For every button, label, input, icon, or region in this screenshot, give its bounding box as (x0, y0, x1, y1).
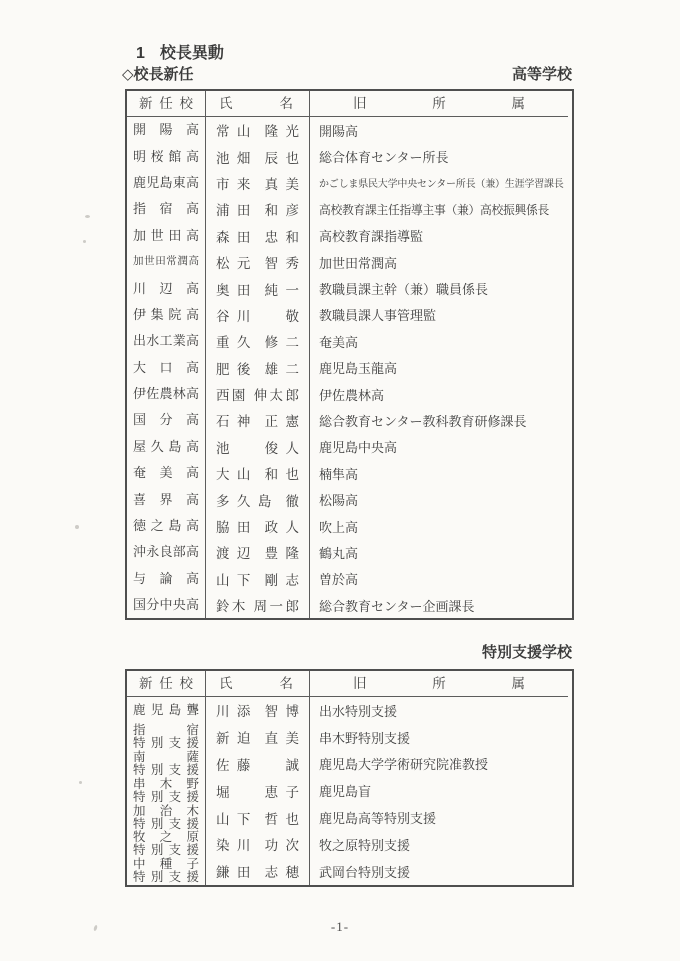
principal-name-cell: 鈴木周一郎 (205, 592, 309, 618)
surname: 脇田 (216, 516, 258, 536)
high-school-principal-table: 新任校 氏名 旧所属 開陽高常山隆光開陽高明桜館高池畑辰也総合体育センター所長鹿… (125, 89, 574, 620)
principal-name-cell: 新迫直美 (205, 724, 309, 751)
new-school-cell: 加世田常潤高 (127, 249, 205, 275)
former-affiliation-cell: 鶴丸高 (309, 539, 568, 565)
surname: 多久島 (216, 490, 279, 510)
surname: 渡辺 (216, 542, 258, 562)
former-affiliation-cell: 鹿児島中央高 (309, 434, 568, 460)
school-name: 加世田常潤高 (133, 255, 199, 269)
principal-name-cell: 浦田和彦 (205, 196, 309, 222)
new-school-cell: 出水工業高 (127, 328, 205, 354)
school-name-line: 特別支援 (133, 871, 199, 884)
surname: 浦田 (216, 199, 258, 219)
new-school-cell: 指宿高 (127, 196, 205, 222)
principal-name-cell: 堀恵子 (205, 777, 309, 804)
school-name: 伊集院高 (133, 308, 199, 322)
document-title: 1 校長異動 (136, 40, 224, 63)
former-affiliation-cell: 開陽高 (309, 117, 568, 143)
surname: 川添 (216, 700, 258, 720)
new-school-cell: 喜界高 (127, 486, 205, 512)
surname: 大山 (216, 463, 258, 483)
school-name: 明桜館高 (133, 150, 199, 164)
former-affiliation-cell: 総合教育センター企画課長 (309, 592, 568, 618)
given-name: 直美 (265, 727, 307, 747)
given-name: 敬 (285, 305, 306, 325)
former-affiliation-cell: 鹿児島高等特別支援 (309, 804, 568, 831)
school-name: 伊佐農林高 (133, 387, 199, 401)
school-name: 大口高 (133, 361, 199, 375)
surname: 肥後 (216, 358, 258, 378)
given-name: 和也 (265, 463, 307, 483)
new-school-cell: 沖永良部高 (127, 539, 205, 565)
former-affiliation-cell: 鹿児島大学学術研究院准教授 (309, 751, 568, 778)
principal-name-cell: 山下剛志 (205, 566, 309, 592)
surname: 池畑 (216, 147, 258, 167)
new-school-cell: 加世田高 (127, 223, 205, 249)
column-header-name: 氏名 (205, 671, 309, 697)
principal-name-cell: 肥後雄二 (205, 355, 309, 381)
surname: 石神 (216, 410, 258, 430)
given-name: 剛志 (265, 569, 307, 589)
title-text: 校長異動 (160, 40, 224, 63)
school-name-line: 特別支援 (133, 764, 199, 777)
former-affiliation-cell: 伊佐農林高 (309, 381, 568, 407)
former-affiliation-cell: 高校教育課指導監 (309, 223, 568, 249)
former-affiliation-cell: 教職員課人事管理監 (309, 302, 568, 328)
surname: 奥田 (216, 279, 258, 299)
new-school-cell: 開陽高 (127, 117, 205, 143)
column-header-new-school: 新任校 (127, 91, 205, 117)
former-affiliation-cell: 教職員課主幹（兼）職員係長 (309, 275, 568, 301)
given-name: 忠和 (265, 226, 307, 246)
principal-name-cell: 川添智博 (205, 697, 309, 724)
former-affiliation-cell: かごしま県民大学中央センター所長（兼）生涯学習課長 (309, 170, 568, 196)
title-number: 1 (136, 45, 145, 63)
former-affiliation-cell: 奄美高 (309, 328, 568, 354)
school-name-line: 加治木 (133, 805, 199, 818)
surname: 松元 (216, 252, 258, 272)
special-school-table-grid: 新任校 氏名 旧所属 鹿児島聾川添智博出水特別支援指宿特別支援新迫直美串木野特別… (127, 671, 572, 885)
given-name: 純一 (265, 279, 307, 299)
new-school-cell: 中種子特別支援 (127, 858, 205, 885)
principal-name-cell: 市来真美 (205, 170, 309, 196)
new-school-cell: 川辺高 (127, 275, 205, 301)
school-name: 国分中央高 (133, 598, 199, 612)
principal-name-cell: 松元智秀 (205, 249, 309, 275)
former-affiliation-cell: 鹿児島玉龍高 (309, 355, 568, 381)
given-name: 雄二 (265, 358, 307, 378)
surname: 新迫 (216, 727, 258, 747)
school-name: 出水工業高 (133, 334, 199, 348)
new-school-cell: 伊佐農林高 (127, 381, 205, 407)
principal-name-cell: 西園伸太郎 (205, 381, 309, 407)
school-name-line: 特別支援 (133, 818, 199, 831)
principal-name-cell: 大山和也 (205, 460, 309, 486)
former-affiliation-cell: 吹上高 (309, 513, 568, 539)
given-name: 真美 (265, 173, 307, 193)
column-header-new-school: 新任校 (127, 671, 205, 697)
school-name-line: 特別支援 (133, 844, 199, 857)
surname: 市来 (216, 173, 258, 193)
given-name: 恵子 (265, 781, 307, 801)
principal-name-cell: 池俊人 (205, 434, 309, 460)
principal-name-cell: 池畑辰也 (205, 143, 309, 169)
former-affiliation-cell: 鹿児島盲 (309, 777, 568, 804)
new-school-cell: 国分中央高 (127, 592, 205, 618)
new-school-cell: 指宿特別支援 (127, 724, 205, 751)
school-type-label-high: 高等学校 (512, 63, 572, 84)
given-name: 周一郎 (254, 595, 302, 615)
special-support-school-table: 新任校 氏名 旧所属 鹿児島聾川添智博出水特別支援指宿特別支援新迫直美串木野特別… (125, 669, 574, 887)
school-type-label-special: 特別支援学校 (122, 641, 572, 662)
given-name: 修二 (265, 331, 307, 351)
new-school-cell: 伊集院高 (127, 302, 205, 328)
column-header-name: 氏名 (205, 91, 309, 117)
school-name: 川辺高 (133, 282, 199, 296)
given-name: 哲也 (265, 808, 307, 828)
section-header-row: ◇校長新任 高等学校 (122, 63, 572, 84)
scan-speck (79, 781, 82, 784)
principal-name-cell: 佐藤誠 (205, 751, 309, 778)
principal-name-cell: 染川功次 (205, 831, 309, 858)
surname: 池 (216, 437, 237, 457)
new-school-cell: 加治木特別支援 (127, 804, 205, 831)
surname: 谷川 (216, 305, 258, 325)
school-name-line: 特別支援 (133, 737, 199, 750)
new-school-cell: 鹿児島東高 (127, 170, 205, 196)
principal-name-cell: 石神正憲 (205, 407, 309, 433)
principal-name-cell: 常山隆光 (205, 117, 309, 143)
school-name: 屋久島高 (133, 440, 199, 454)
former-affiliation-cell: 高校教育課主任指導主事（兼）高校振興係長 (309, 196, 568, 222)
school-name: 国分高 (133, 413, 199, 427)
principal-name-cell: 谷川敬 (205, 302, 309, 328)
new-school-cell: 国分高 (127, 407, 205, 433)
school-name: 指宿高 (133, 202, 199, 216)
surname: 鈴木 (216, 595, 248, 615)
school-name: 与論高 (133, 572, 199, 586)
former-affiliation-cell: 武岡台特別支援 (309, 858, 568, 885)
new-school-cell: 奄美高 (127, 460, 205, 486)
principal-name-cell: 奥田純一 (205, 275, 309, 301)
surname: 山下 (216, 569, 258, 589)
school-name-line: 串木野 (133, 778, 199, 791)
former-affiliation-cell: 総合体育センター所長 (309, 143, 568, 169)
former-affiliation-cell: 牧之原特別支援 (309, 831, 568, 858)
principal-name-cell: 脇田政人 (205, 513, 309, 539)
former-affiliation-cell: 楠隼高 (309, 460, 568, 486)
new-school-cell: 明桜館高 (127, 143, 205, 169)
scan-speck (75, 525, 79, 529)
given-name: 功次 (265, 834, 307, 854)
school-name-line: 特別支援 (133, 791, 199, 804)
given-name: 正憲 (265, 410, 307, 430)
surname: 重久 (216, 331, 258, 351)
principal-name-cell: 多久島徹 (205, 486, 309, 512)
new-school-cell: 徳之島高 (127, 513, 205, 539)
given-name: 辰也 (265, 147, 307, 167)
scan-speck (85, 215, 90, 218)
principal-name-cell: 森田忠和 (205, 223, 309, 249)
principal-name-cell: 渡辺豊隆 (205, 539, 309, 565)
principal-name-cell: 重久修二 (205, 328, 309, 354)
school-name: 徳之島高 (133, 519, 199, 533)
given-name: 智博 (265, 700, 307, 720)
surname: 染川 (216, 834, 258, 854)
page-number: -1- (0, 919, 680, 935)
former-affiliation-cell: 出水特別支援 (309, 697, 568, 724)
surname: 森田 (216, 226, 258, 246)
surname: 山下 (216, 808, 258, 828)
former-affiliation-cell: 総合教育センター教科教育研修課長 (309, 407, 568, 433)
given-name: 志穂 (265, 861, 307, 881)
former-affiliation-cell: 松陽高 (309, 486, 568, 512)
given-name: 徹 (285, 490, 306, 510)
given-name: 智秀 (265, 252, 307, 272)
surname: 鎌田 (216, 861, 258, 881)
surname: 西園 (216, 384, 248, 404)
scan-speck (83, 240, 86, 243)
column-header-former-affiliation: 旧所属 (309, 671, 568, 697)
principal-name-cell: 鎌田志穂 (205, 858, 309, 885)
given-name: 伸太郎 (254, 384, 302, 404)
surname: 常山 (216, 120, 258, 140)
given-name: 俊人 (265, 437, 307, 457)
school-name: 鹿児島東高 (133, 176, 199, 190)
column-header-former-affiliation: 旧所属 (309, 91, 568, 117)
high-school-table-grid: 新任校 氏名 旧所属 開陽高常山隆光開陽高明桜館高池畑辰也総合体育センター所長鹿… (127, 91, 572, 618)
surname: 堀 (216, 781, 237, 801)
new-school-cell: 南薩特別支援 (127, 751, 205, 778)
new-school-cell: 与論高 (127, 566, 205, 592)
new-school-cell: 串木野特別支援 (127, 777, 205, 804)
new-school-cell: 屋久島高 (127, 434, 205, 460)
new-school-cell: 大口高 (127, 355, 205, 381)
new-school-cell: 鹿児島聾 (127, 697, 205, 724)
former-affiliation-cell: 串木野特別支援 (309, 724, 568, 751)
school-name: 奄美高 (133, 466, 199, 480)
former-affiliation-cell: 曽於高 (309, 566, 568, 592)
principal-name-cell: 山下哲也 (205, 804, 309, 831)
school-name: 開陽高 (133, 123, 199, 137)
given-name: 豊隆 (265, 542, 307, 562)
given-name: 誠 (285, 754, 306, 774)
school-name-line: 鹿児島聾 (133, 704, 199, 717)
former-affiliation-cell: 加世田常潤高 (309, 249, 568, 275)
surname: 佐藤 (216, 754, 258, 774)
given-name: 政人 (265, 516, 307, 536)
given-name: 和彦 (265, 199, 307, 219)
new-school-cell: 牧之原特別支援 (127, 831, 205, 858)
given-name: 隆光 (265, 120, 307, 140)
section-title: ◇校長新任 (122, 63, 194, 84)
school-name: 沖永良部高 (133, 545, 199, 559)
school-name: 喜界高 (133, 493, 199, 507)
school-name: 加世田高 (133, 229, 199, 243)
